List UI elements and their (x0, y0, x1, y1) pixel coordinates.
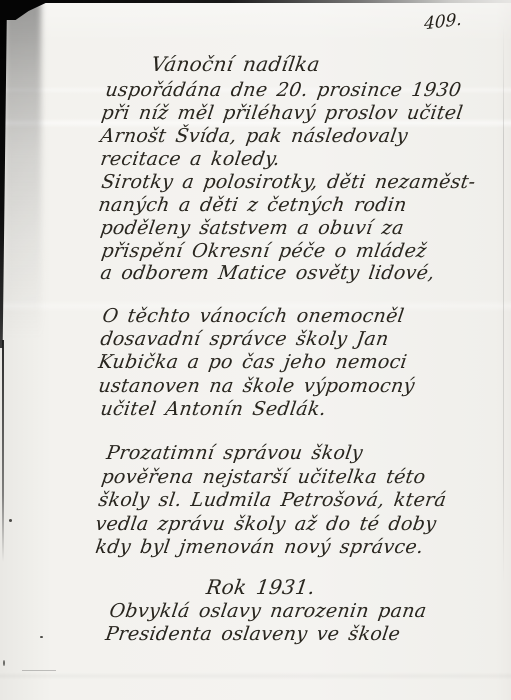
scan-edge-left-line (2, 340, 4, 562)
handwritten-line: vedla zprávu školy až do té doby (94, 513, 438, 535)
handwritten-line: kdy byl jmenován nový správce. (94, 536, 425, 558)
handwritten-line: O těchto vánocích onemocněl (101, 305, 406, 327)
scan-shadow-left (5, 3, 41, 338)
handwritten-line: při níž měl přiléhavý proslov učitel (100, 102, 464, 124)
handwritten-line: poděleny šatstvem a obuví za (99, 217, 405, 239)
handwritten-line: recitace a koledy. (99, 148, 281, 170)
handwritten-line: pověřena nejstarší učitelka této (100, 466, 427, 488)
faint-mark (22, 670, 56, 671)
scan-edge-top (0, 0, 511, 3)
ink-speck (9, 519, 12, 522)
page-number: 409. (424, 10, 462, 35)
handwritten-line: Kubička a po čas jeho nemoci (97, 351, 409, 373)
ink-speck (3, 660, 5, 666)
section-heading-year-1931: Rok 1931. (205, 576, 317, 598)
handwritten-line: uspořádána dne 20. prosince 1930 (104, 79, 463, 101)
handwritten-line: přispění Okresní péče o mládež (100, 240, 428, 262)
handwritten-line: dosavadní správce školy Jan (99, 328, 390, 350)
handwritten-line: Sirotky a polosirotky, děti nezaměst- (100, 171, 477, 193)
paper-crease (0, 672, 511, 680)
ink-speck (40, 636, 43, 638)
handwritten-line: Prozatimní správou školy (105, 442, 364, 464)
scanned-chronicle-page: 409. Vánoční nadílka uspořádána dne 20. … (0, 0, 511, 700)
handwritten-line: školy sl. Ludmila Petrošová, která (97, 489, 448, 511)
paper-edge-right (503, 25, 504, 585)
handwritten-line: ustanoven na škole výpomocný (97, 375, 416, 397)
handwritten-line: a odborem Matice osvěty lidové, (99, 262, 436, 284)
handwritten-line: učitel Antonín Sedlák. (99, 398, 328, 420)
section-heading-christmas: Vánoční nadílka (150, 53, 321, 75)
handwritten-line: Presidenta oslaveny ve škole (104, 623, 402, 645)
handwritten-line: Obvyklá oslavy narozenin pana (108, 600, 428, 622)
handwritten-line: Arnošt Švída, pak následovaly (99, 125, 409, 147)
handwritten-line: naných a děti z četných rodin (97, 194, 408, 216)
